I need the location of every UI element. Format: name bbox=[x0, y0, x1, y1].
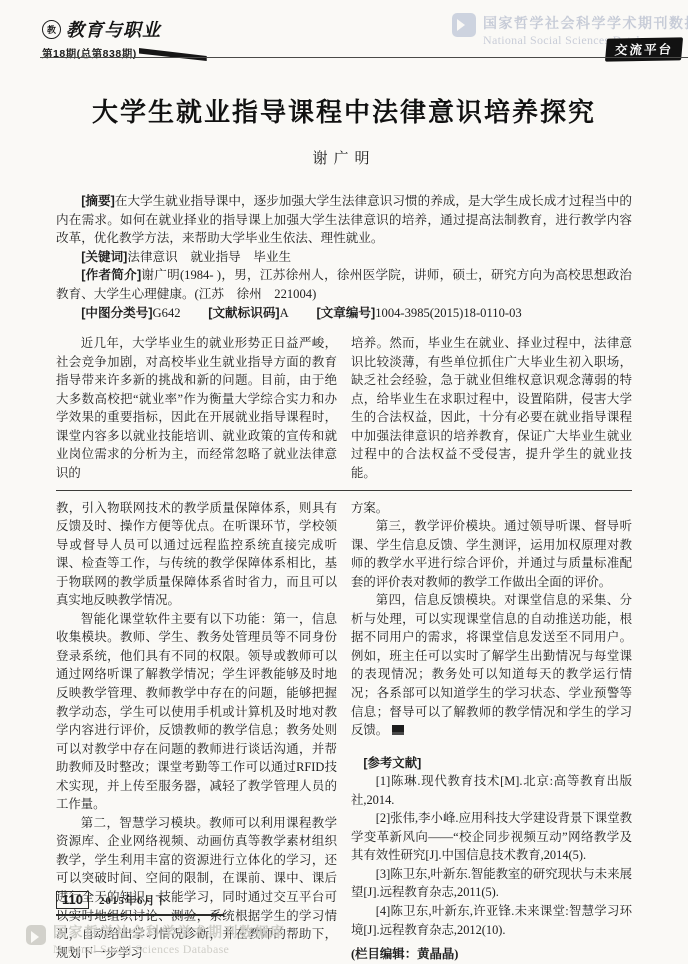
journal-name: 教育与职业 bbox=[66, 16, 161, 42]
author-bio-label: [作者简介] bbox=[81, 268, 141, 282]
nssd-watermark-cn: 国家哲学社会科学学术期刊数据库 bbox=[483, 13, 688, 33]
intro-columns: 近几年，大学毕业生的就业形势正日益严峻，社会竞争加剧，对高校毕业生就业指导方面的… bbox=[56, 334, 632, 482]
continued-paragraph: 智能化课堂软件主要有以下功能：第一，信息收集模块。教师、学生、教务处管理员等不同… bbox=[56, 610, 337, 814]
reference-item: [2]张伟,李小峰.应用科技大学建设背景下课堂教学变革新风向——“校企同步视频互… bbox=[351, 809, 632, 865]
keywords-text: 法律意识 就业指导 毕业生 bbox=[127, 250, 291, 264]
masthead: 教 教育与职业 第18期(总第838期) bbox=[42, 16, 207, 61]
abstract-text: 在大学生就业指导课中，逐步加强大学生法律意识习惯的养成，是大学生成长成才过程当中… bbox=[56, 194, 632, 245]
reference-item: [1]陈琳.现代教育技术[M].北京:高等教育出版社,2014. bbox=[351, 772, 632, 809]
header-rule bbox=[40, 57, 688, 58]
continued-paragraph: 第二，智慧学习模块。教师可以利用课程教学资源库、企业网络视频、动画仿真等教学素材… bbox=[56, 814, 337, 962]
references-heading: [参考文献] bbox=[351, 754, 632, 773]
nssd-logo-icon bbox=[26, 925, 46, 945]
intro-left-column: 近几年，大学毕业生的就业形势正日益严峻，社会竞争加剧，对高校毕业生就业指导方面的… bbox=[56, 334, 337, 482]
issue-row: 第18期(总第838期) bbox=[42, 46, 207, 61]
keywords-label: [关键词] bbox=[81, 250, 127, 264]
intro-right-column: 培养。然而，毕业生在就业、择业过程中，法律意识比较淡薄，有些单位抓住广大毕业生初… bbox=[351, 334, 632, 482]
article-meta: [摘要]在大学生就业指导课中，逐步加强大学生法律意识习惯的养成，是大学生成长成才… bbox=[56, 192, 632, 322]
journal-logo-icon: 教 bbox=[42, 20, 61, 39]
continued-right-column: 方案。 第三，教学评价模块。通过领导听课、督导听课、学生信息反馈、学生测评，运用… bbox=[351, 499, 632, 964]
intro-paragraph-right: 培养。然而，毕业生在就业、择业过程中，法律意识比较淡薄，有些单位抓住广大毕业生初… bbox=[351, 334, 632, 482]
nssd-logo-icon bbox=[452, 13, 476, 37]
abstract-label: [摘要] bbox=[81, 194, 115, 208]
reference-item: [3]陈卫东,叶新东.智能教室的研究现状与未来展望[J].远程教育杂志,2011… bbox=[351, 865, 632, 902]
continued-paragraph-text: 第四，信息反馈模块。对课堂信息的采集、分析与处理，可以实现课堂信息的自动推送功能… bbox=[351, 593, 632, 737]
editor-note: (栏目编辑：黄晶晶) bbox=[351, 945, 632, 964]
journal-page: 教 教育与职业 第18期(总第838期) 国家哲学社会科学学术期刊数据库 Nat… bbox=[0, 0, 688, 964]
author-bio-text: 谢广明(1984- )，男，江苏徐州人，徐州医学院，讲师，硕士，研究方向为高校思… bbox=[56, 268, 632, 301]
page-number: 110 bbox=[56, 891, 89, 909]
issue-date: 2015年6月下 bbox=[99, 892, 168, 908]
doc-code-value: A bbox=[280, 306, 289, 320]
article-title: 大学生就业指导课程中法律意识培养探究 bbox=[40, 92, 648, 129]
article-id-label: [文章编号] bbox=[316, 306, 375, 320]
continued-paragraph: 方案。 bbox=[351, 499, 632, 518]
clc-label: [中图分类号] bbox=[81, 306, 152, 320]
page-footer: 110 2015年6月下 bbox=[56, 891, 224, 916]
brush-stroke-decoration bbox=[139, 48, 207, 61]
issue-info: 第18期(总第838期) bbox=[42, 46, 137, 61]
journal-logo: 教 教育与职业 bbox=[42, 16, 207, 42]
classification-line: [中图分类号]G642[文献标识码]A[文章编号]1004-3985(2015)… bbox=[56, 304, 632, 323]
article-end-icon bbox=[392, 725, 404, 735]
section-divider bbox=[56, 490, 632, 491]
article-id-value: 1004-3985(2015)18-0110-03 bbox=[375, 306, 521, 320]
intro-paragraph-left: 近几年，大学毕业生的就业形势正日益严峻，社会竞争加剧，对高校毕业生就业指导方面的… bbox=[56, 334, 337, 482]
continued-paragraph: 第四，信息反馈模块。对课堂信息的采集、分析与处理，可以实现课堂信息的自动推送功能… bbox=[351, 591, 632, 739]
article-author: 谢广明 bbox=[0, 147, 688, 168]
continued-paragraph: 第三，教学评价模块。通过领导听课、督导听课、学生信息反馈、学生测评，运用加权原理… bbox=[351, 517, 632, 591]
column-badge: 交流平台 bbox=[605, 37, 683, 61]
author-bio: [作者简介]谢广明(1984- )，男，江苏徐州人，徐州医学院，讲师，硕士，研究… bbox=[56, 266, 632, 303]
continued-paragraph: 教，引入物联网技术的教学质量保障体系，则具有反馈及时、操作方便等优点。在听课环节… bbox=[56, 499, 337, 610]
doc-code-label: [文献标识码] bbox=[208, 306, 279, 320]
clc-value: G642 bbox=[153, 306, 181, 320]
abstract: [摘要]在大学生就业指导课中，逐步加强大学生法律意识习惯的养成，是大学生成长成才… bbox=[56, 192, 632, 248]
reference-item: [4]陈卫东,叶新东,许亚锋.未来课堂:智慧学习环境[J].远程教育杂志,201… bbox=[351, 902, 632, 939]
keywords: [关键词]法律意识 就业指导 毕业生 bbox=[56, 248, 632, 267]
